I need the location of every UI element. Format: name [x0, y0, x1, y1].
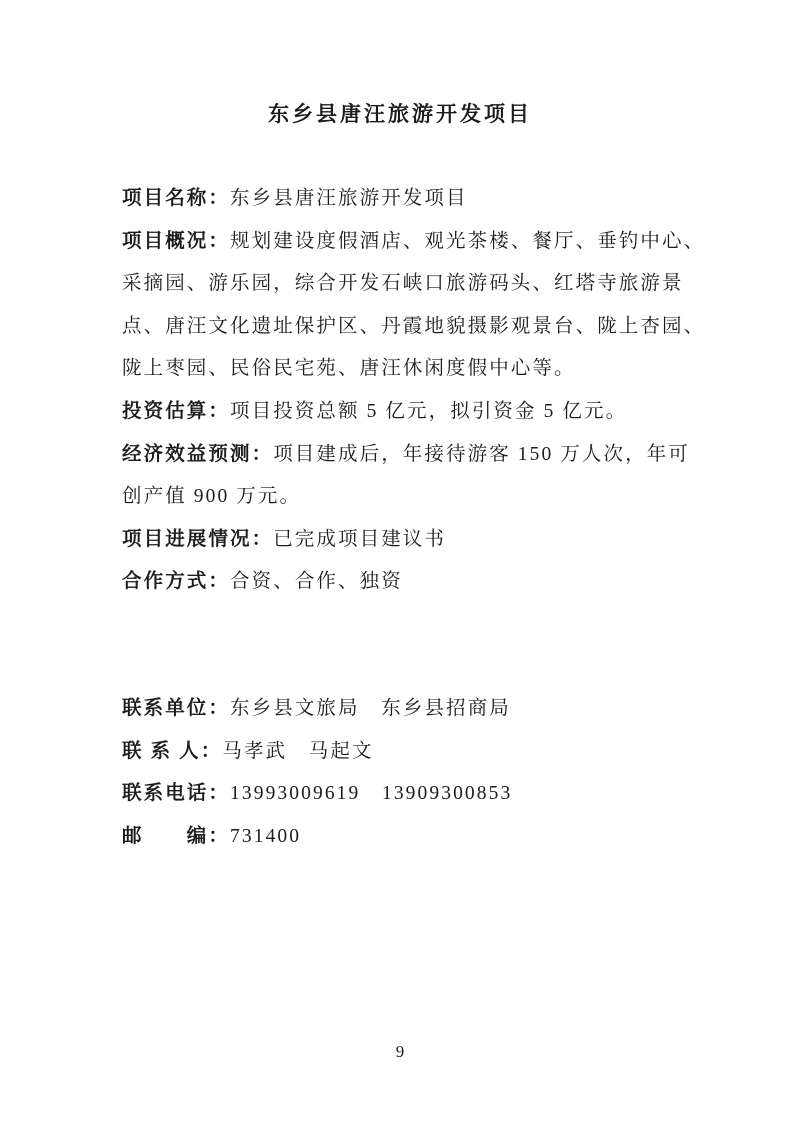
field-line-progress: 项目进展情况：已完成项目建议书 — [122, 519, 712, 562]
field-text: 项目建成后，年接待游客 150 万人次，年可 — [273, 444, 690, 465]
document-body: 项目名称：东乡县唐汪旅游开发项目 项目概况：规划建设度假酒店、观光茶楼、餐厅、垂… — [122, 178, 712, 604]
field-text: 731400 — [230, 826, 301, 847]
field-text: 项目投资总额 5 亿元，拟引资金 5 亿元。 — [230, 401, 627, 422]
field-label: 联系单位： — [122, 698, 230, 719]
field-text: 东乡县唐汪旅游开发项目 — [230, 188, 468, 209]
document-title: 东乡县唐汪旅游开发项目 — [0, 100, 800, 128]
contact-line-unit: 联系单位：东乡县文旅局 东乡县招商局 — [122, 688, 712, 731]
field-label: 项目名称： — [122, 188, 230, 209]
field-line-project-name: 项目名称：东乡县唐汪旅游开发项目 — [122, 178, 712, 221]
field-text: 规划建设度假酒店、观光茶楼、餐厅、垂钓中心、 — [230, 231, 705, 252]
field-label: 项目进展情况： — [122, 529, 273, 550]
field-text: 马孝武 马起文 — [222, 741, 373, 762]
field-text: 合资、合作、独资 — [230, 571, 403, 592]
field-label: 联 系 人： — [122, 741, 222, 762]
field-text: 已完成项目建议书 — [273, 529, 446, 550]
field-text: 东乡县文旅局 东乡县招商局 — [230, 698, 511, 719]
field-line-overview-3: 点、唐汪文化遗址保护区、丹霞地貌摄影观景台、陇上杏园、 — [122, 306, 712, 349]
contact-block: 联系单位：东乡县文旅局 东乡县招商局 联 系 人：马孝武 马起文 联系电话：13… — [122, 688, 712, 858]
field-line-investment: 投资估算：项目投资总额 5 亿元，拟引资金 5 亿元。 — [122, 391, 712, 434]
field-label: 项目概况： — [122, 231, 230, 252]
field-text: 采摘园、游乐园，综合开发石峡口旅游码头、红塔寺旅游景 — [122, 273, 684, 294]
contact-line-postcode: 邮 编：731400 — [122, 816, 712, 859]
field-label: 邮 编： — [122, 826, 230, 847]
field-text: 13993009619 13909300853 — [230, 783, 512, 804]
field-line-overview-2: 采摘园、游乐园，综合开发石峡口旅游码头、红塔寺旅游景 — [122, 263, 712, 306]
field-label: 合作方式： — [122, 571, 230, 592]
field-line-overview-4: 陇上枣园、民俗民宅苑、唐汪休闲度假中心等。 — [122, 348, 712, 391]
field-text: 陇上枣园、民俗民宅苑、唐汪休闲度假中心等。 — [122, 358, 576, 379]
field-text: 创产值 900 万元。 — [122, 486, 301, 507]
field-label: 联系电话： — [122, 783, 230, 804]
document-page: 东乡县唐汪旅游开发项目 项目名称：东乡县唐汪旅游开发项目 项目概况：规划建设度假… — [0, 0, 800, 1131]
field-label: 经济效益预测： — [122, 444, 273, 465]
field-line-benefit-1: 经济效益预测：项目建成后，年接待游客 150 万人次，年可 — [122, 434, 712, 477]
field-text: 点、唐汪文化遗址保护区、丹霞地貌摄影观景台、陇上杏园、 — [122, 316, 705, 337]
contact-line-person: 联 系 人：马孝武 马起文 — [122, 731, 712, 774]
field-line-benefit-2: 创产值 900 万元。 — [122, 476, 712, 519]
field-label: 投资估算： — [122, 401, 230, 422]
field-line-overview-1: 项目概况：规划建设度假酒店、观光茶楼、餐厅、垂钓中心、 — [122, 221, 712, 264]
field-line-cooperation: 合作方式：合资、合作、独资 — [122, 561, 712, 604]
contact-line-phone: 联系电话：13993009619 13909300853 — [122, 773, 712, 816]
page-number: 9 — [0, 1042, 800, 1062]
